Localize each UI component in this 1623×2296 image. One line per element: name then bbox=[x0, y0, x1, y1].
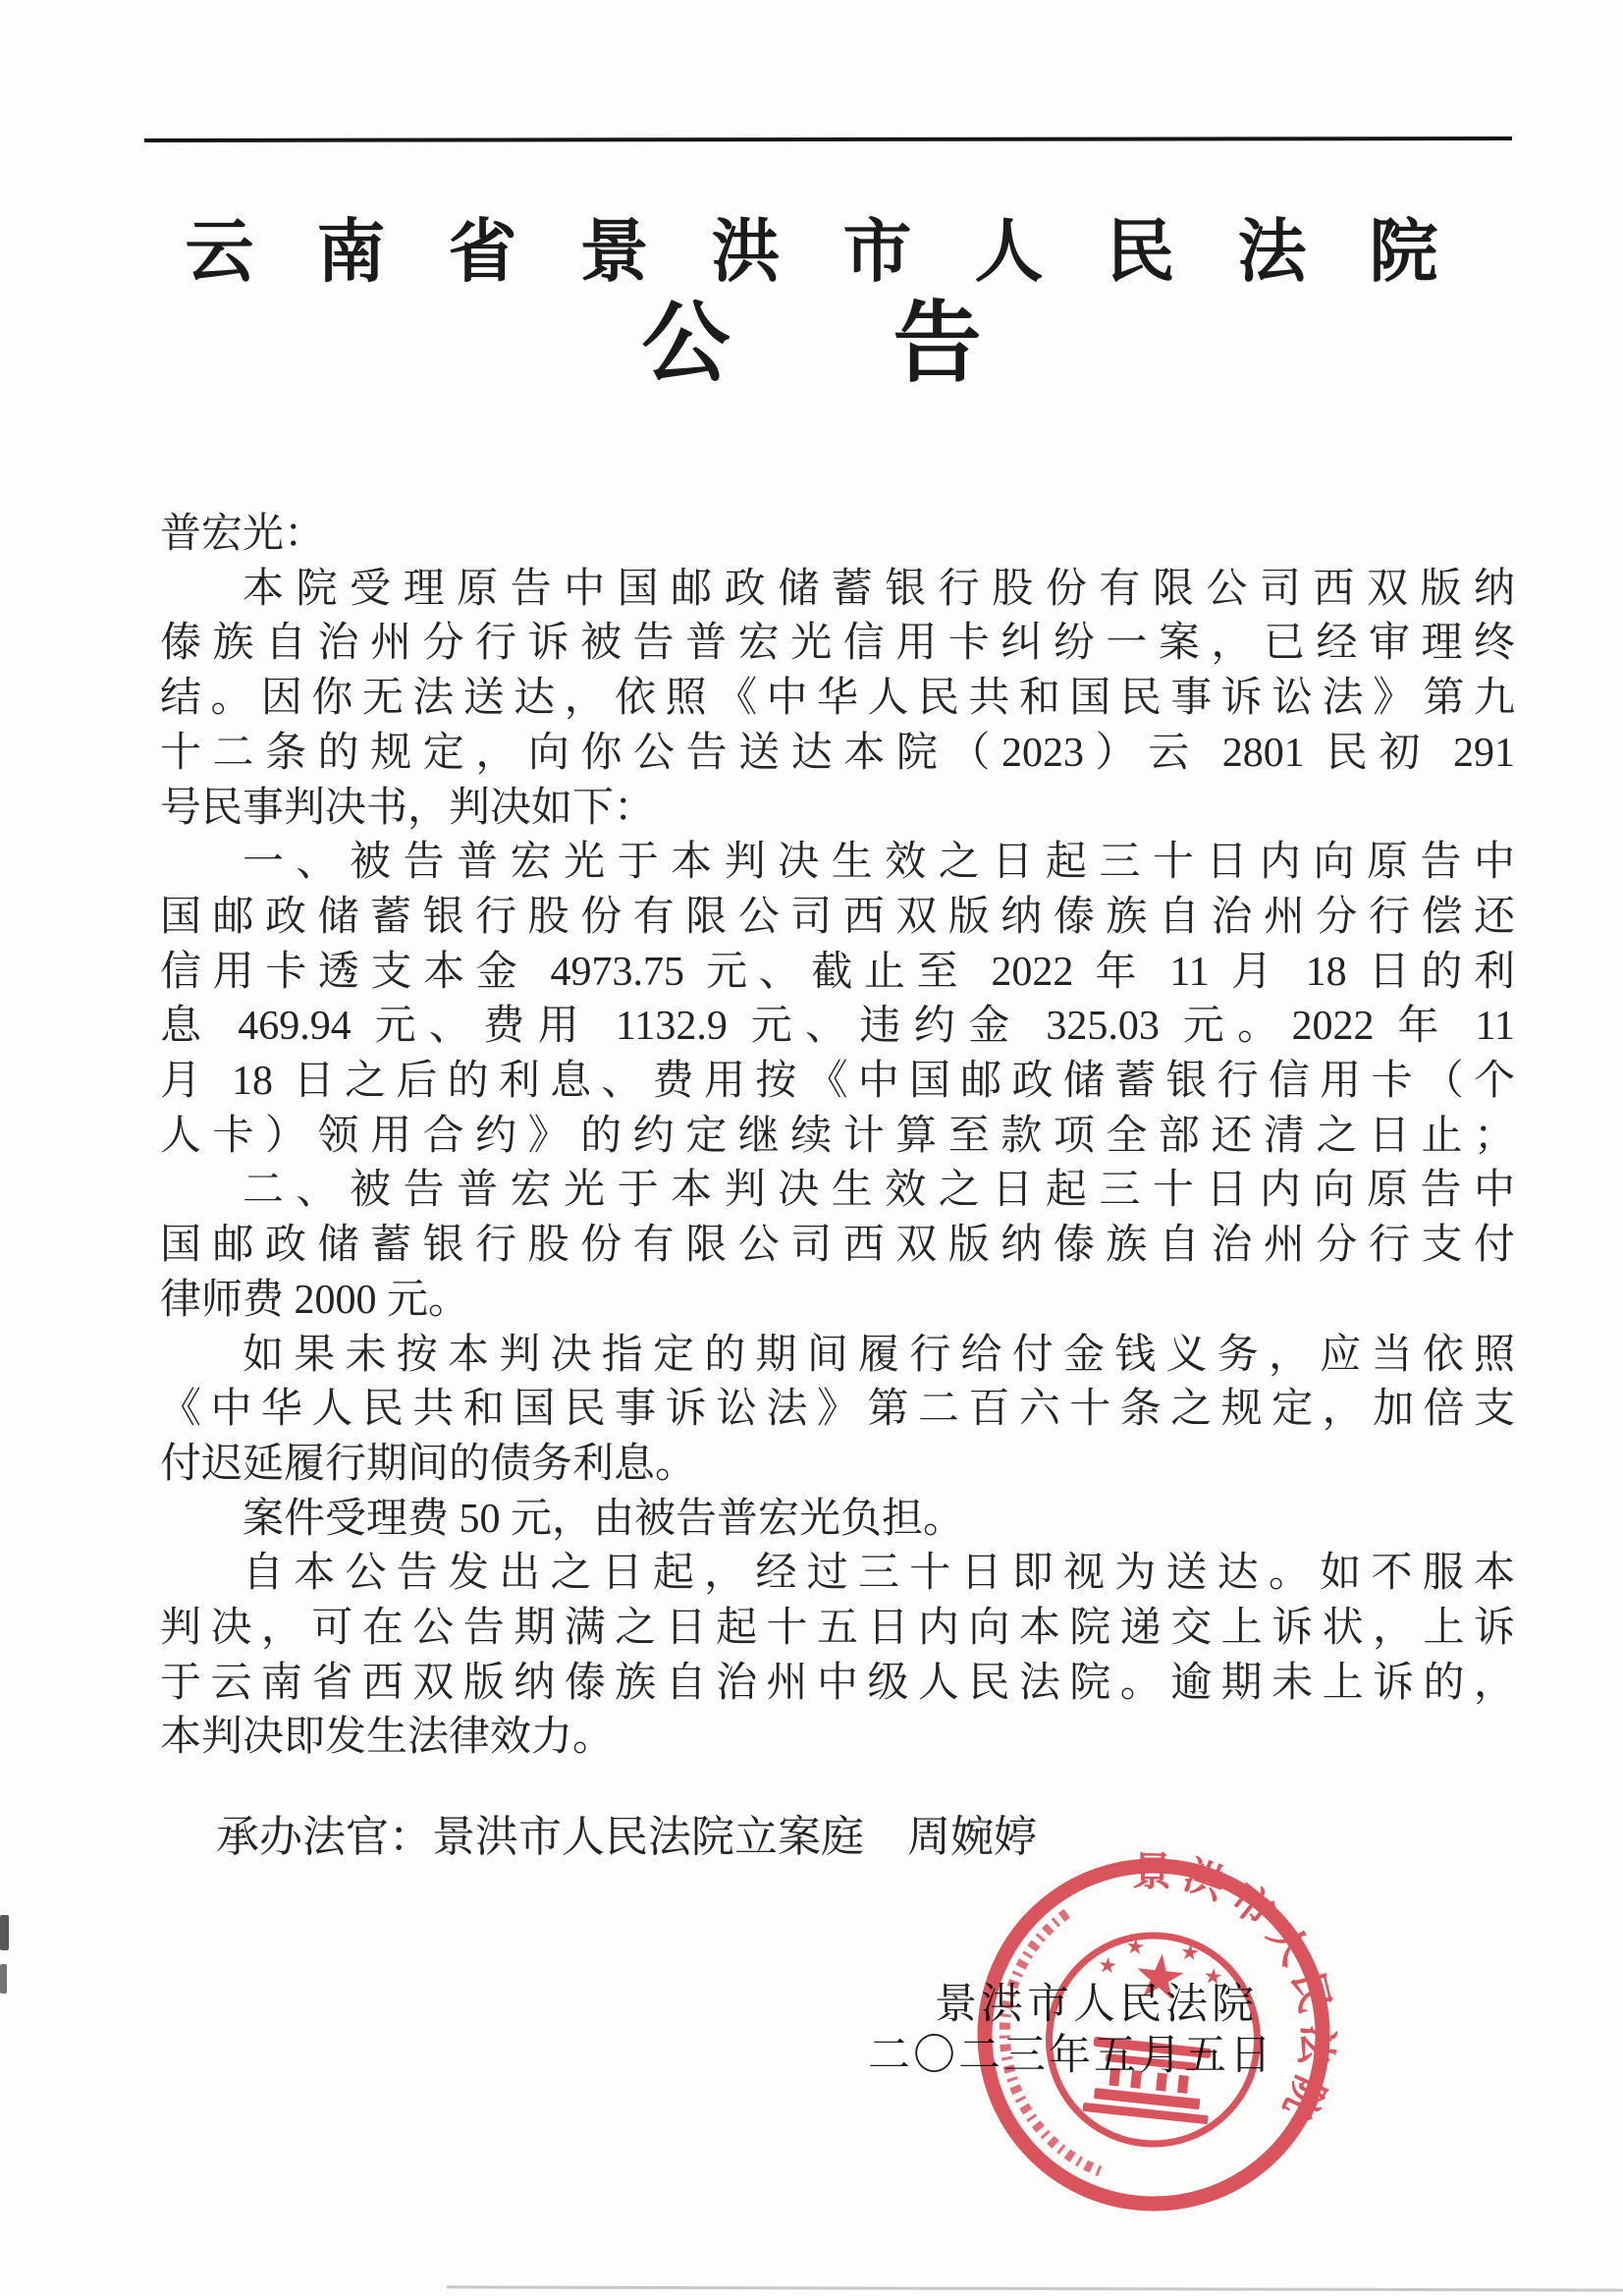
gate-roof-2 bbox=[1106, 2053, 1196, 2071]
judge-signature-line: 承办法官：景洪市人民法院立案庭 周婉婷 bbox=[216, 1812, 1037, 1863]
gate-pillar bbox=[1177, 2075, 1189, 2094]
announcement-body: 普宏光： 本院受理原告中国邮政储蓄银行股份有限公司西双版纳 傣族自治州分行诉被告… bbox=[160, 508, 1515, 1766]
gate-pillar bbox=[1156, 2073, 1167, 2092]
gate-pillar bbox=[1109, 2068, 1120, 2087]
body-line: 国邮政储蓄银行股份有限公司西双版纳傣族自治州分行偿还 bbox=[160, 891, 1515, 946]
china-national-emblem-icon: ★ ★ ★ ★ ★ bbox=[1039, 1925, 1268, 2154]
court-seal-stamp: 景洪市人民法院 ★ ★ ★ ★ ★ bbox=[967, 1848, 1340, 2221]
body-line: 《中华人民共和国民事诉讼法》第二百六十条之规定，加倍支 bbox=[160, 1383, 1515, 1438]
body-line: 息 469.94 元、费用 1132.9 元、违约金 325.03 元。2022… bbox=[160, 1000, 1515, 1055]
body-line: 律师费 2000 元。 bbox=[160, 1274, 1515, 1329]
body-line: 二、被告普宏光于本判决生效之日起三十日内向原告中 bbox=[160, 1164, 1515, 1219]
body-line: 月 18 日之后的利息、费用按《中国邮政储蓄银行信用卡（个 bbox=[160, 1055, 1515, 1110]
body-line: 自本公告发出之日起，经过三十日即视为送达。如不服本 bbox=[160, 1547, 1515, 1602]
body-line: 号民事判决书，判决如下： bbox=[160, 782, 1515, 837]
gate-pillar bbox=[1130, 2070, 1142, 2089]
body-line: 本院受理原告中国邮政储蓄银行股份有限公司西双版纳 bbox=[160, 563, 1515, 618]
body-line: 十二条的规定，向你公告送达本院（2023）云 2801 民初 291 bbox=[160, 727, 1515, 782]
top-rule bbox=[144, 137, 1512, 142]
small-star-icon: ★ bbox=[1097, 1953, 1118, 1980]
scan-artifact bbox=[0, 1964, 7, 1994]
body-line: 于云南省西双版纳傣族自治州中级人民法院。逾期未上诉的， bbox=[160, 1657, 1515, 1712]
small-star-icon: ★ bbox=[1124, 1935, 1146, 1961]
small-star-icon: ★ bbox=[1179, 1940, 1201, 1966]
body-line: 傣族自治州分行诉被告普宏光信用卡纠纷一案，已经审理终 bbox=[160, 617, 1515, 672]
scan-artifact bbox=[0, 1915, 9, 1950]
body-line: 付迟延履行期间的债务利息。 bbox=[160, 1438, 1515, 1493]
body-line: 结。因你无法送达，依照《中华人民共和国民事诉讼法》第九 bbox=[160, 672, 1515, 727]
small-star-icon: ★ bbox=[1202, 1964, 1223, 1991]
body-line: 案件受理费 50 元，由被告普宏光负担。 bbox=[160, 1493, 1515, 1548]
body-line: 如果未按本判决指定的期间履行给付金钱义务，应当依照 bbox=[160, 1329, 1515, 1384]
body-line: 一、被告普宏光于本判决生效之日起三十日内向原告中 bbox=[160, 836, 1515, 891]
body-line: 本判决即发生法律效力。 bbox=[160, 1711, 1515, 1766]
body-line: 信用卡透支本金 4973.75 元、截止至 2022 年 11 月 18 日的利 bbox=[160, 946, 1515, 1001]
page-title-court-name: 云南省景洪市人民法院 bbox=[0, 209, 1623, 294]
body-line: 普宏光： bbox=[160, 508, 1515, 563]
court-seal-graphic: 景洪市人民法院 ★ ★ ★ ★ ★ bbox=[967, 1848, 1340, 2221]
body-line: 国邮政储蓄银行股份有限公司西双版纳傣族自治州分行支付 bbox=[160, 1219, 1515, 1274]
announcement-page: 云南省景洪市人民法院 公 告 普宏光： 本院受理原告中国邮政储蓄银行股份有限公司… bbox=[0, 0, 1623, 2296]
page-title-doc-type: 公 告 bbox=[0, 293, 1623, 395]
body-line: 判决，可在公告期满之日起十五日内向本院递交上诉状，上诉 bbox=[160, 1602, 1515, 1657]
bottom-rule bbox=[447, 2285, 1623, 2291]
body-line: 人卡）领用合约》的约定继续计算至款项全部还清之日止； bbox=[160, 1110, 1515, 1165]
